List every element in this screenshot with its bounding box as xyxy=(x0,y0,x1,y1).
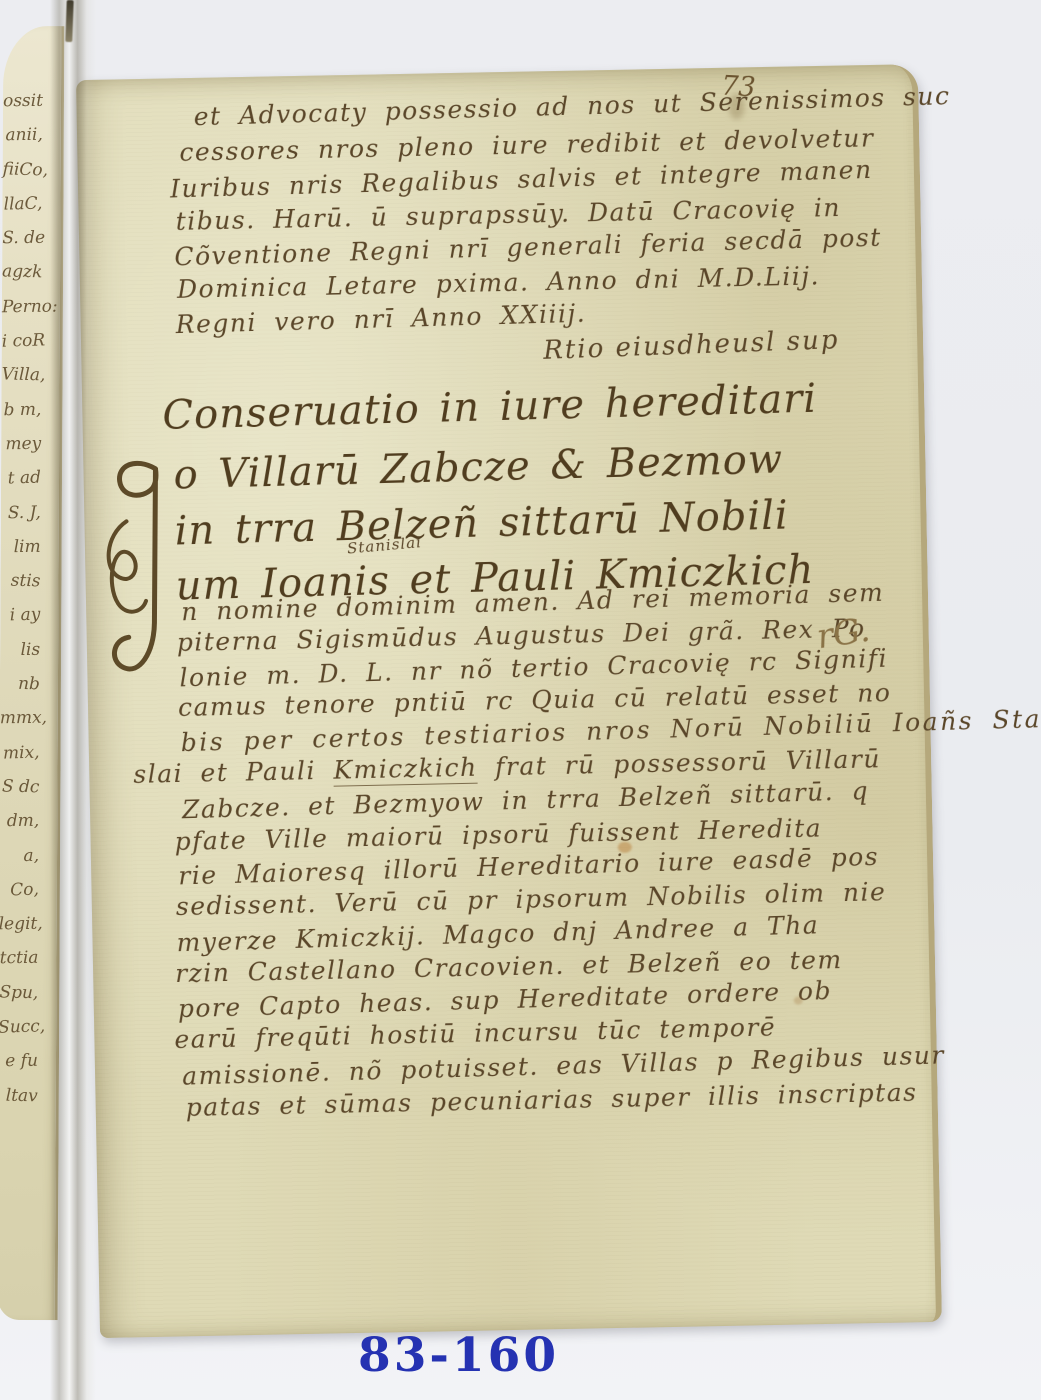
prev-page-text-fragment: nb xyxy=(0,666,50,701)
prev-page-text-fragment: agzk xyxy=(2,255,53,290)
illuminated-initial xyxy=(97,456,185,678)
prev-page-text-fragment: i coR xyxy=(1,323,52,359)
prev-page-text-fragment: i ay xyxy=(0,598,51,634)
prev-page-text-fragment: t ad xyxy=(1,461,52,497)
prev-page-text-fragment: Spu, xyxy=(0,975,49,1010)
prev-page-text-fragment: Succ, xyxy=(0,1009,49,1045)
manuscript-line: Regni vero nrī Anno XXiiij. xyxy=(175,299,586,339)
line-suffix: frat rū possessorū Villarū xyxy=(477,744,881,781)
prev-page-text-fragment: Perno: xyxy=(2,289,52,324)
prev-page-text-fragment: stis xyxy=(0,564,51,599)
archive-shelfmark-label: 83-160 xyxy=(358,1328,559,1383)
prev-page-text-fragment: lis xyxy=(0,632,50,667)
prev-page-text-fragment: llaC, xyxy=(2,186,53,222)
underlined-surname: Kmiczkich xyxy=(333,753,478,787)
prev-page-text-fragment: dm, xyxy=(0,804,49,839)
prev-page-text-fragment: e fu xyxy=(0,1044,48,1079)
entry-heading-line: o Villarū Zabcze & Bezmow xyxy=(173,437,784,499)
prev-page-text-fragment: lim xyxy=(0,530,50,565)
prev-page-text-fragment: b m, xyxy=(1,392,51,427)
initial-flourish-icon xyxy=(97,456,185,678)
prev-page-text-fragment: mey xyxy=(1,427,51,462)
page-holder-clamp xyxy=(65,0,73,42)
line-prefix: slai et Pauli xyxy=(133,756,334,789)
manuscript-page: 73 et Advocaty possessio ad nos ut Seren… xyxy=(76,64,942,1338)
previous-page-text-column: ossit anii, fiiCo, llaC, S. de agzk Pern… xyxy=(0,84,53,1113)
prev-page-text-fragment: legit, xyxy=(0,907,49,942)
scan-background: { "scan": { "archive_label": "83-160", "… xyxy=(0,0,1041,1400)
prev-page-text-fragment: fiiCo, xyxy=(2,152,53,187)
prev-page-text-fragment: ltav xyxy=(0,1078,48,1113)
page-holder-strip xyxy=(50,0,96,1400)
prev-page-text-fragment: Villa, xyxy=(1,358,52,393)
prev-page-text-fragment: anii, xyxy=(3,118,53,153)
signature-line: Rtio eiusdheusl sup xyxy=(543,325,840,366)
entry-heading-line: in trra Belzeñ sittarū Nobili xyxy=(174,492,789,554)
prev-page-text-fragment: Co, xyxy=(0,872,49,908)
prev-page-text-fragment: S dc xyxy=(0,769,50,804)
prev-page-text-fragment: S. de xyxy=(2,221,52,256)
prev-page-text-fragment: tctia xyxy=(0,941,49,976)
entry-heading-line: Conseruatio in iure hereditari xyxy=(162,376,818,439)
prev-page-text-fragment: mmx, xyxy=(0,701,50,736)
prev-page-text-fragment: ossit xyxy=(3,84,53,119)
prev-page-text-fragment: a, xyxy=(0,838,49,873)
prev-page-text-fragment: S. J, xyxy=(1,495,51,530)
prev-page-text-fragment: mix, xyxy=(0,735,50,771)
marginal-mark: rG. xyxy=(814,610,873,658)
